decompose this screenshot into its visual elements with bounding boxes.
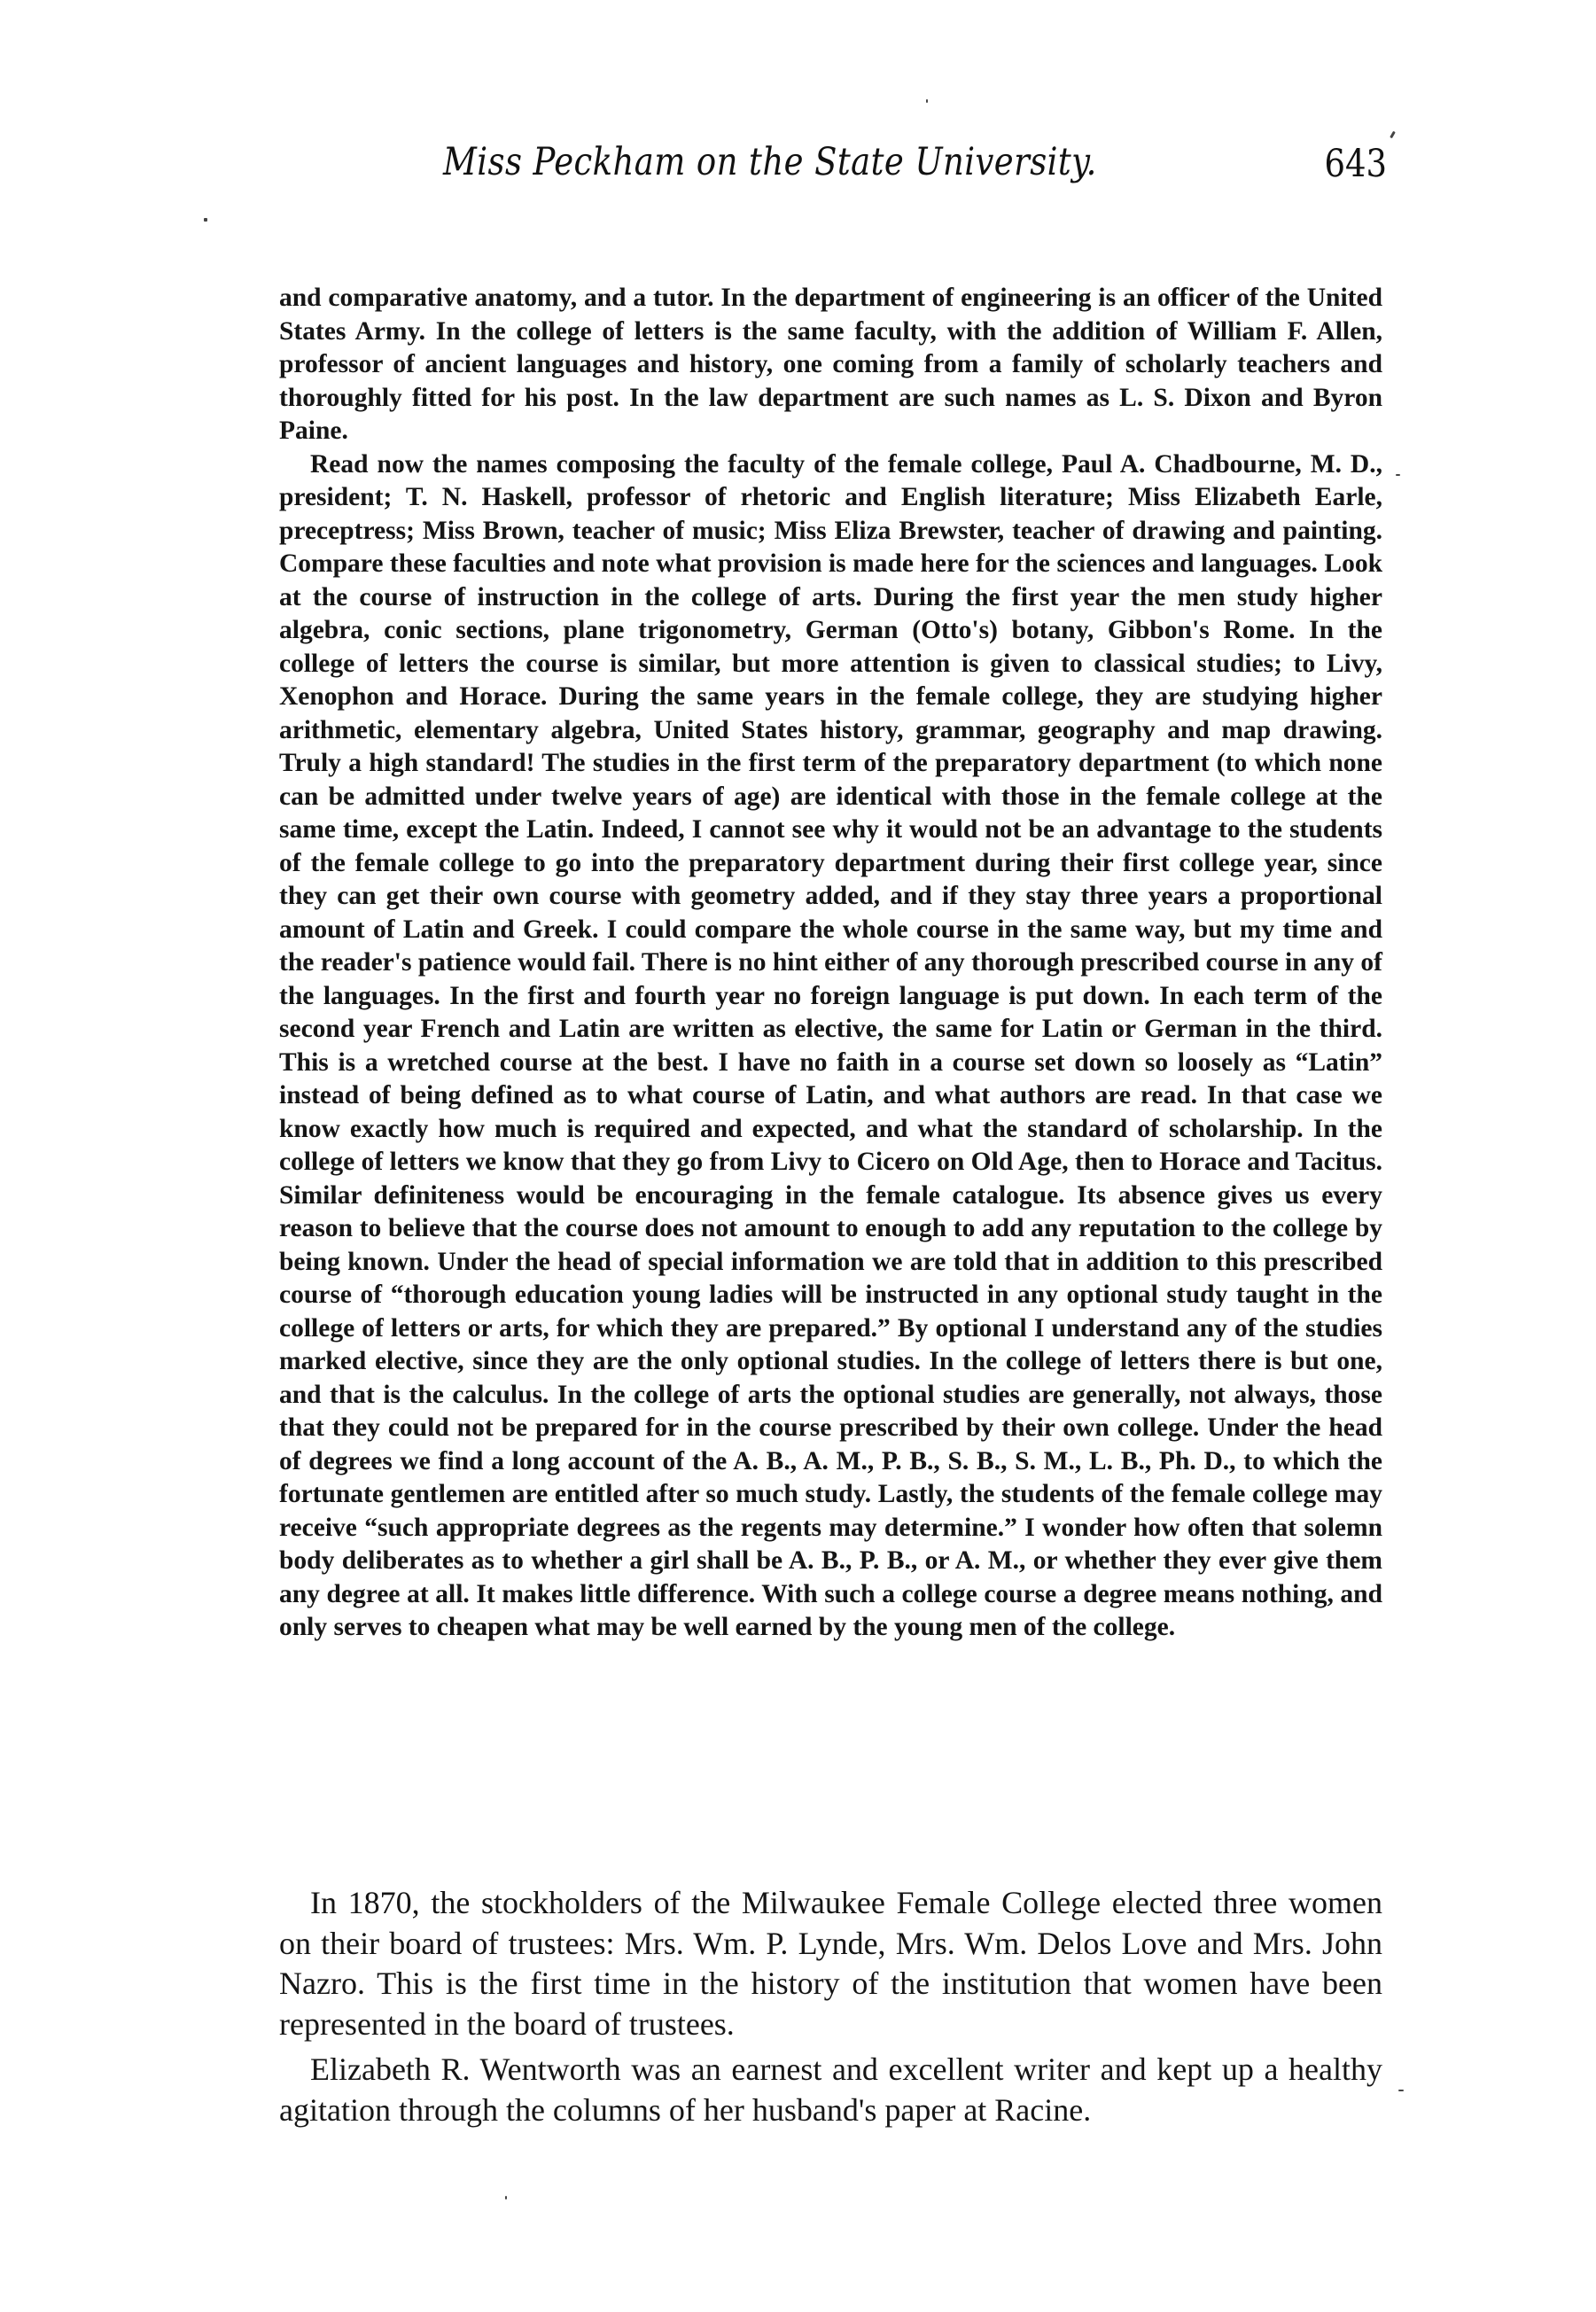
body-text-small-type: and comparative anatomy, and a tutor. In… <box>279 282 1382 1645</box>
scan-speck <box>204 218 207 222</box>
page-number: 643 <box>1324 142 1387 186</box>
paragraph-trustees: In 1870, the stockholders of the Milwauk… <box>279 1883 1382 2044</box>
scan-speck <box>1390 131 1396 138</box>
paragraph-wentworth: Elizabeth R. Wentworth was an earnest an… <box>279 2050 1382 2130</box>
scan-speck <box>926 99 928 103</box>
scan-speck <box>505 2196 507 2199</box>
running-head: Miss Peckham on the State University. 64… <box>279 140 1387 193</box>
scanned-book-page: Miss Peckham on the State University. 64… <box>0 0 1596 2312</box>
body-text-large-type: In 1870, the stockholders of the Milwauk… <box>279 1883 1382 2132</box>
scan-speck <box>1396 474 1400 476</box>
scan-speck <box>1398 2090 1404 2091</box>
paragraph-faculty-comparison: Read now the names composing the faculty… <box>279 448 1382 1645</box>
paragraph-continued: and comparative anatomy, and a tutor. In… <box>279 282 1382 448</box>
running-title: Miss Peckham on the State University. <box>443 140 1097 184</box>
